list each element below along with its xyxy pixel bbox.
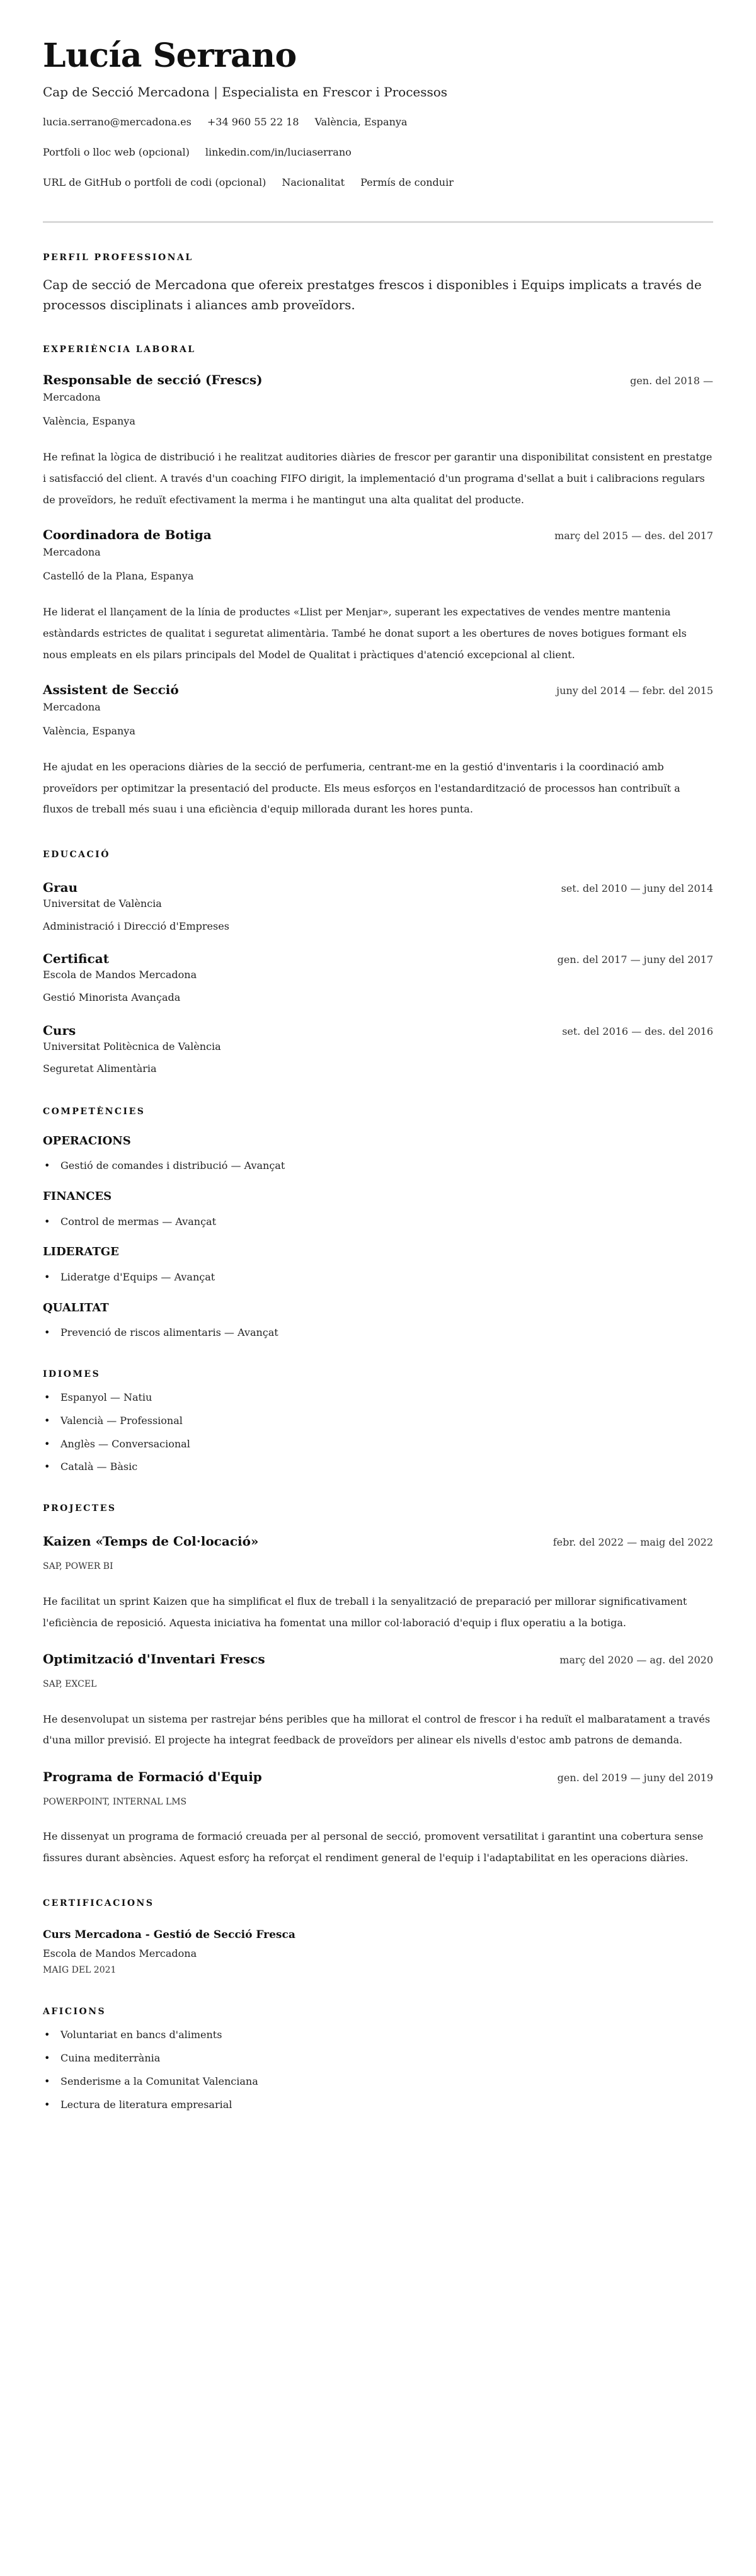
- project-entry: Programa de Formació d'Equip gen. del 20…: [43, 1769, 713, 1869]
- skill-group: Operacions Gestió de comandes i distribu…: [43, 1134, 713, 1173]
- education-dates: set. del 2010 — juny del 2014: [561, 882, 713, 894]
- section-title: Aficions: [43, 2006, 713, 2017]
- job-description: He ajudat en les operacions diàries de l…: [43, 756, 713, 820]
- institution: Universitat de València: [43, 896, 713, 912]
- header-divider: [43, 221, 713, 223]
- hobby-item: Voluntariat en bancs d'aliments: [43, 2029, 713, 2042]
- project-tools: PowerPoint, Internal LMS: [43, 1796, 713, 1809]
- section-certifications: Certificacions Curs Mercadona - Gestió d…: [43, 1898, 713, 1978]
- section-education: Educació Grau set. del 2010 — juny del 2…: [43, 849, 713, 1077]
- project-name: Optimització d'Inventari Frescs: [43, 1651, 265, 1667]
- project-dates: març del 2020 — ag. del 2020: [559, 1654, 713, 1666]
- section-title: Perfil professional: [43, 252, 713, 263]
- location-text: València, Espanya: [315, 116, 408, 129]
- skill-group: Qualitat Prevenció de riscos alimentaris…: [43, 1301, 713, 1340]
- job-title: Responsable de secció (Frescs): [43, 372, 263, 388]
- section-title: Educació: [43, 849, 713, 860]
- github-link[interactable]: URL de GitHub o portfoli de codi (opcion…: [43, 176, 266, 190]
- job-company: Mercadona: [43, 699, 713, 715]
- skill-group-title: Operacions: [43, 1134, 713, 1148]
- email-link[interactable]: lucia.serrano@mercadona.es: [43, 116, 192, 129]
- project-tools: SAP, Power BI: [43, 1561, 713, 1573]
- contact-row: lucia.serrano@mercadona.es +34 960 55 22…: [43, 116, 713, 129]
- skill-group: Finances Control de mermas — Avançat: [43, 1189, 713, 1228]
- degree-type: Grau: [43, 879, 77, 896]
- certification-date: Maig del 2021: [43, 1964, 713, 1977]
- section-profile: Perfil professional Cap de secció de Mer…: [43, 252, 713, 315]
- contact-row: URL de GitHub o portfoli de codi (opcion…: [43, 176, 713, 190]
- institution: Escola de Mandos Mercadona: [43, 967, 713, 983]
- language-item: Espanyol — Natiu: [43, 1391, 713, 1405]
- language-item: Valencià — Professional: [43, 1415, 713, 1428]
- resume-page: Lucía Serrano Cap de Secció Mercadona | …: [0, 0, 756, 2150]
- skill-item: Lideratge d'Equips — Avançat: [43, 1271, 713, 1284]
- language-item: Català — Bàsic: [43, 1461, 713, 1474]
- project-dates: gen. del 2019 — juny del 2019: [558, 1772, 713, 1784]
- job-company: Mercadona: [43, 544, 713, 561]
- skill-group-title: Lideratge: [43, 1245, 713, 1259]
- project-description: He desenvolupat un sistema per rastrejar…: [43, 1709, 713, 1751]
- language-item: Anglès — Conversacional: [43, 1438, 713, 1451]
- skill-item: Prevenció de riscos alimentaris — Avança…: [43, 1326, 713, 1340]
- portfolio-link[interactable]: Portfoli o lloc web (opcional): [43, 146, 190, 159]
- project-description: He dissenyat un programa de formació cre…: [43, 1826, 713, 1868]
- section-title: Projectes: [43, 1503, 713, 1514]
- education-dates: gen. del 2017 — juny del 2017: [558, 954, 713, 966]
- experience-entry: Coordinadora de Botiga març del 2015 — d…: [43, 527, 713, 665]
- job-dates: gen. del 2018 —: [630, 375, 713, 387]
- project-name: Kaizen «Temps de Col·locació»: [43, 1533, 258, 1549]
- job-company: Mercadona: [43, 389, 713, 406]
- project-description: He facilitat un sprint Kaizen que ha sim…: [43, 1591, 713, 1633]
- certification-name: Curs Mercadona - Gestió de Secció Fresca: [43, 1928, 713, 1943]
- hobby-item: Cuina mediterrània: [43, 2052, 713, 2065]
- job-title: Coordinadora de Botiga: [43, 527, 212, 543]
- job-location: València, Espanya: [43, 723, 713, 739]
- education-dates: set. del 2016 — des. del 2016: [562, 1025, 713, 1037]
- section-skills: Competències Operacions Gestió de comand…: [43, 1106, 713, 1340]
- section-projects: Projectes Kaizen «Temps de Col·locació» …: [43, 1503, 713, 1869]
- section-title: Certificacions: [43, 1898, 713, 1909]
- section-languages: Idiomes Espanyol — Natiu Valencià — Prof…: [43, 1369, 713, 1474]
- candidate-name: Lucía Serrano: [43, 37, 713, 76]
- project-name: Programa de Formació d'Equip: [43, 1769, 262, 1785]
- project-dates: febr. del 2022 — maig del 2022: [553, 1536, 713, 1548]
- job-dates: març del 2015 — des. del 2017: [554, 530, 713, 542]
- contact-row: Portfoli o lloc web (opcional) linkedin.…: [43, 146, 713, 159]
- hobby-item: Lectura de literatura empresarial: [43, 2099, 713, 2112]
- job-description: He liderat el llançament de la línia de …: [43, 601, 713, 665]
- field-of-study: Gestió Minorista Avançada: [43, 989, 713, 1006]
- project-entry: Optimització d'Inventari Frescs març del…: [43, 1651, 713, 1751]
- driving-license-text: Permís de conduir: [360, 176, 454, 190]
- education-entry: Certificat gen. del 2017 — juny del 2017…: [43, 950, 713, 1005]
- skill-group-title: Qualitat: [43, 1301, 713, 1315]
- contact-info: lucia.serrano@mercadona.es +34 960 55 22…: [43, 116, 713, 189]
- section-experience: Experiència laboral Responsable de secci…: [43, 344, 713, 820]
- skill-group-title: Finances: [43, 1189, 713, 1204]
- nationality-text: Nacionalitat: [282, 176, 345, 190]
- education-entry: Grau set. del 2010 — juny del 2014 Unive…: [43, 879, 713, 934]
- certification-entry: Curs Mercadona - Gestió de Secció Fresca…: [43, 1928, 713, 1977]
- field-of-study: Seguretat Alimentària: [43, 1061, 713, 1077]
- section-hobbies: Aficions Voluntariat en bancs d'aliments…: [43, 2006, 713, 2111]
- education-entry: Curs set. del 2016 — des. del 2016 Unive…: [43, 1022, 713, 1077]
- experience-entry: Responsable de secció (Frescs) gen. del …: [43, 372, 713, 510]
- section-title: Experiència laboral: [43, 344, 713, 355]
- candidate-headline: Cap de Secció Mercadona | Especialista e…: [43, 83, 713, 101]
- project-entry: Kaizen «Temps de Col·locació» febr. del …: [43, 1533, 713, 1633]
- profile-summary: Cap de secció de Mercadona que ofereix p…: [43, 275, 713, 315]
- skill-item: Control de mermas — Avançat: [43, 1216, 713, 1229]
- section-title: Idiomes: [43, 1369, 713, 1380]
- institution: Universitat Politècnica de València: [43, 1039, 713, 1055]
- section-title: Competències: [43, 1106, 713, 1117]
- experience-entry: Assistent de Secció juny del 2014 — febr…: [43, 681, 713, 820]
- skill-group: Lideratge Lideratge d'Equips — Avançat: [43, 1245, 713, 1284]
- job-dates: juny del 2014 — febr. del 2015: [556, 685, 713, 697]
- degree-type: Curs: [43, 1022, 76, 1039]
- job-title: Assistent de Secció: [43, 681, 179, 698]
- linkedin-link[interactable]: linkedin.com/in/luciaserrano: [205, 146, 352, 159]
- certification-issuer: Escola de Mandos Mercadona: [43, 1946, 713, 1962]
- phone-text: +34 960 55 22 18: [207, 116, 299, 129]
- degree-type: Certificat: [43, 950, 109, 967]
- job-location: València, Espanya: [43, 413, 713, 430]
- job-location: Castelló de la Plana, Espanya: [43, 568, 713, 584]
- hobby-item: Senderisme a la Comunitat Valenciana: [43, 2075, 713, 2089]
- project-tools: SAP, Excel: [43, 1678, 713, 1691]
- field-of-study: Administració i Direcció d'Empreses: [43, 918, 713, 935]
- resume-header: Lucía Serrano Cap de Secció Mercadona | …: [43, 37, 713, 223]
- skill-item: Gestió de comandes i distribució — Avanç…: [43, 1160, 713, 1173]
- job-description: He refinat la lògica de distribució i he…: [43, 447, 713, 510]
